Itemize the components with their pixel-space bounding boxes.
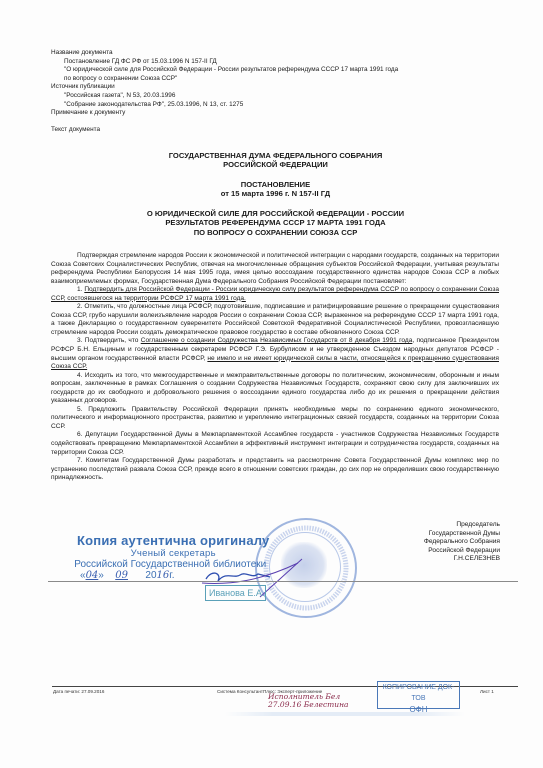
title-line: РЕЗУЛЬТАТОВ РЕФЕРЕНДУМА СССР 17 МАРТА 19… xyxy=(51,218,500,227)
sheet-number: Лист 1 xyxy=(480,689,494,694)
stamp-line: Копия аутентична оригиналу xyxy=(77,534,269,548)
paragraph-4: 4. Исходить из того, что межгосударствен… xyxy=(51,372,499,406)
signature-block: Председатель Государственной Думы Федера… xyxy=(424,521,500,564)
org-line: ГОСУДАРСТВЕННАЯ ДУМА ФЕДЕРАЛЬНОГО СОБРАН… xyxy=(51,151,500,160)
print-date: Дата печати: 27.09.2016 xyxy=(53,689,104,694)
source-label: Источник публикации xyxy=(51,83,501,92)
handwritten-year: 16 xyxy=(157,570,170,581)
signatory-name: Г.Н.СЕЛЕЗНЕВ xyxy=(424,555,500,564)
paragraph-2: 2. Отметить, что должностные лица РСФСР,… xyxy=(51,303,499,337)
document-meta: Название документа Постановление ГД ФС Р… xyxy=(51,49,501,135)
name-stamp: Иванова Е.А. xyxy=(205,585,266,601)
divider-line xyxy=(48,581,518,582)
document-page: Название документа Постановление ГД ФС Р… xyxy=(0,0,543,768)
doc-type-block: ПОСТАНОВЛЕНИЕ от 15 марта 1996 г. N 157-… xyxy=(51,180,500,199)
source-line: "Российская газета", N 53, 20.03.1996 xyxy=(51,92,501,101)
paragraph-3: 3. Подтвердить, что Соглашение о создани… xyxy=(51,337,499,371)
org-line: РОССИЙСКОЙ ФЕДЕРАЦИИ xyxy=(51,160,500,169)
paragraph-7: 7. Комитетам Государственной Думы разраб… xyxy=(51,457,499,483)
doc-name-line: Постановление ГД ФС РФ от 15.03.1996 N 1… xyxy=(51,58,501,67)
handwritten-day: 04 xyxy=(86,570,99,581)
title-line: ПО ВОПРОСУ О СОХРАНЕНИИ СОЮЗА ССР xyxy=(51,228,500,237)
title-line: О ЮРИДИЧЕСКОЙ СИЛЕ ДЛЯ РОССИЙСКОЙ ФЕДЕРА… xyxy=(51,209,500,218)
doc-name-label: Название документа xyxy=(51,49,501,58)
issuing-organization: ГОСУДАРСТВЕННАЯ ДУМА ФЕДЕРАЛЬНОГО СОБРАН… xyxy=(51,151,500,170)
doc-title: О ЮРИДИЧЕСКОЙ СИЛЕ ДЛЯ РОССИЙСКОЙ ФЕДЕРА… xyxy=(51,209,500,237)
doc-type: ПОСТАНОВЛЕНИЕ xyxy=(51,180,500,189)
document-body: Подтверждая стремление народов России к … xyxy=(51,252,499,483)
underlined-text: Соглашение о создании Содружества Незави… xyxy=(141,337,413,344)
note-label: Примечание к документу xyxy=(51,109,501,118)
doc-name-line: по вопросу о сохранении Союза ССР" xyxy=(51,75,501,84)
doc-name-line: "О юридической силе для Российской Федер… xyxy=(51,66,501,75)
certification-date: «04» 09 2016г. xyxy=(80,570,175,581)
paragraph-6: 6. Депутации Государственной Думы в Межп… xyxy=(51,431,499,457)
underlined-text: Подтвердить для Российской Федерации - Р… xyxy=(51,286,499,302)
paragraph-1: 1. Подтвердить для Российской Федерации … xyxy=(51,286,499,303)
handwritten-month: 09 xyxy=(107,570,137,581)
scan-smudge xyxy=(225,712,465,716)
doc-date: от 15 марта 1996 г. N 157-II ГД xyxy=(51,189,500,198)
preamble: Подтверждая стремление народов России к … xyxy=(51,252,499,286)
source-line: "Собрание законодательства РФ", 25.03.19… xyxy=(51,101,501,110)
handwritten-note: Исполнитель Бел 27.09.16 Белестина xyxy=(268,693,349,708)
text-label: Текст документа xyxy=(51,126,501,135)
paragraph-5: 5. Предложить Правительству Российской Ф… xyxy=(51,406,499,432)
copy-stamp: КОПИРОВАНИЕ ДОК-ТОВ ОФН xyxy=(377,681,460,709)
